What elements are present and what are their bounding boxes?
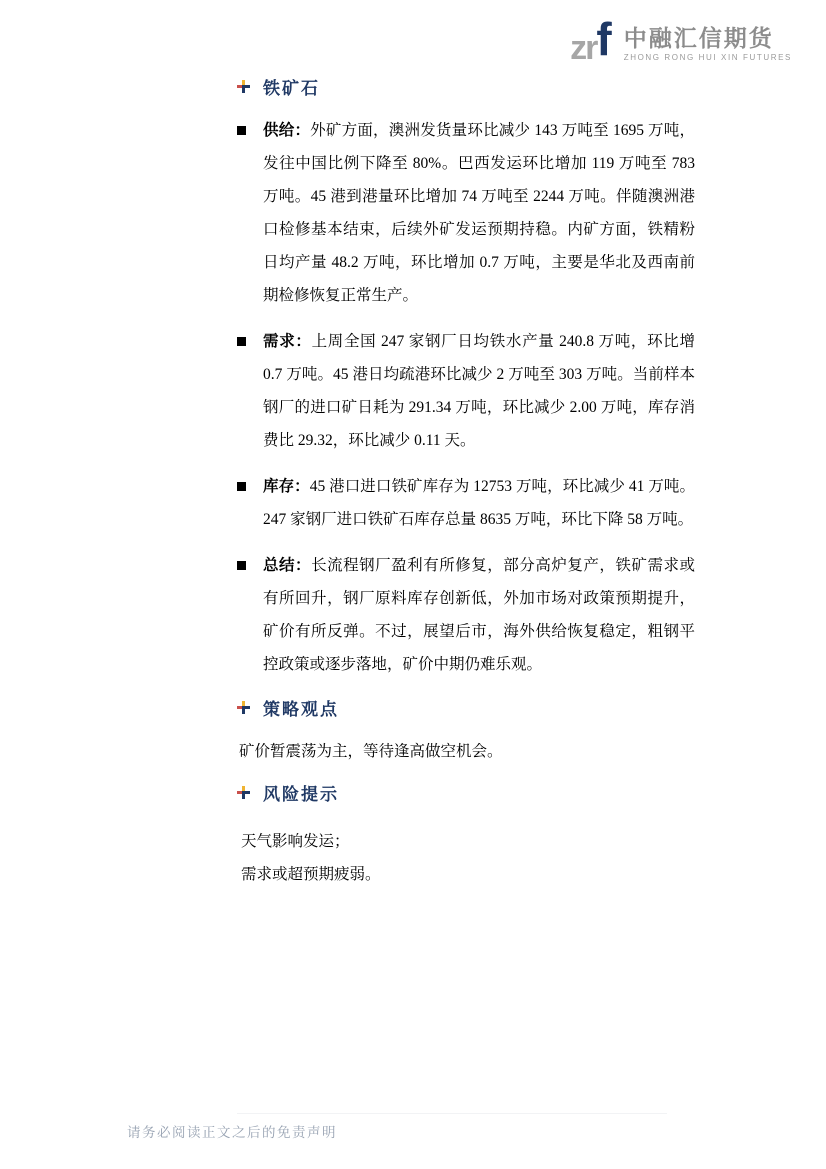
logo-zr-letters: zr: [570, 29, 596, 67]
inventory-paragraph: 库存：45 港口进口铁矿库存为 12753 万吨，环比减少 41 万吨。247 …: [237, 470, 695, 536]
supply-paragraph: 供给：外矿方面，澳洲发货量环比减少 143 万吨至 1695 万吨，发往中国比例…: [237, 114, 695, 312]
section-title-strategy: 策略观点: [263, 695, 339, 720]
risk-line-2: 需求或超预期疲弱。: [241, 858, 695, 891]
summary-body: 长流程钢厂盈利有所修复，部分高炉复产，铁矿需求或有所回升，钢厂原料库存创新低，外…: [263, 557, 695, 673]
summary-label: 总结：: [263, 557, 311, 574]
section-heading-risk: 风险提示: [237, 780, 695, 805]
zrf-logo-mark: zrf: [570, 16, 610, 71]
company-name-en: ZHONG RONG HUI XIN FUTURES: [624, 53, 792, 62]
footer-divider: [237, 1113, 667, 1114]
strategy-text: 矿价暂震荡为主，等待逢高做空机会。: [239, 735, 695, 768]
square-bullet-icon: [237, 482, 246, 491]
supply-text: 供给：外矿方面，澳洲发货量环比减少 143 万吨至 1695 万吨，发往中国比例…: [263, 114, 695, 312]
square-bullet-icon: [237, 126, 246, 135]
demand-text: 需求：上周全国 247 家钢厂日均铁水产量 240.8 万吨，环比增 0.7 万…: [263, 325, 695, 457]
report-page: zrf 中融汇信期货 ZHONG RONG HUI XIN FUTURES 铁矿…: [0, 0, 826, 1169]
section-title-risk: 风险提示: [263, 780, 339, 805]
demand-body: 上周全国 247 家钢厂日均铁水产量 240.8 万吨，环比增 0.7 万吨。4…: [263, 333, 695, 449]
demand-label: 需求：: [263, 333, 312, 350]
section-title-iron-ore: 铁矿石: [263, 74, 320, 99]
section-marker-icon: [237, 701, 250, 714]
supply-body: 外矿方面，澳洲发货量环比减少 143 万吨至 1695 万吨，发往中国比例下降至…: [263, 122, 695, 304]
demand-paragraph: 需求：上周全国 247 家钢厂日均铁水产量 240.8 万吨，环比增 0.7 万…: [237, 325, 695, 457]
square-bullet-icon: [237, 561, 246, 570]
section-heading-iron-ore: 铁矿石: [237, 74, 695, 99]
inventory-body: 45 港口进口铁矿库存为 12753 万吨，环比减少 41 万吨。247 家钢厂…: [263, 478, 695, 528]
footer-disclaimer: 请务必阅读正文之后的免责声明: [127, 1121, 337, 1141]
company-logo: zrf 中融汇信期货 ZHONG RONG HUI XIN FUTURES: [570, 16, 792, 71]
section-marker-icon: [237, 80, 250, 93]
summary-paragraph: 总结：长流程钢厂盈利有所修复，部分高炉复产，铁矿需求或有所回升，钢厂原料库存创新…: [237, 549, 695, 681]
inventory-text: 库存：45 港口进口铁矿库存为 12753 万吨，环比减少 41 万吨。247 …: [263, 470, 695, 536]
section-heading-strategy: 策略观点: [237, 695, 695, 720]
risk-line-1: 天气影响发运；: [241, 825, 695, 858]
logo-f-letter: f: [596, 13, 609, 65]
company-name-cn: 中融汇信期货: [624, 26, 792, 50]
summary-text: 总结：长流程钢厂盈利有所修复，部分高炉复产，铁矿需求或有所回升，钢厂原料库存创新…: [263, 549, 695, 681]
report-body: 铁矿石 供给：外矿方面，澳洲发货量环比减少 143 万吨至 1695 万吨，发往…: [237, 74, 695, 891]
square-bullet-icon: [237, 337, 246, 346]
logo-names: 中融汇信期货 ZHONG RONG HUI XIN FUTURES: [624, 26, 792, 62]
inventory-label: 库存：: [263, 478, 310, 495]
section-marker-icon: [237, 786, 250, 799]
supply-label: 供给：: [263, 122, 310, 139]
